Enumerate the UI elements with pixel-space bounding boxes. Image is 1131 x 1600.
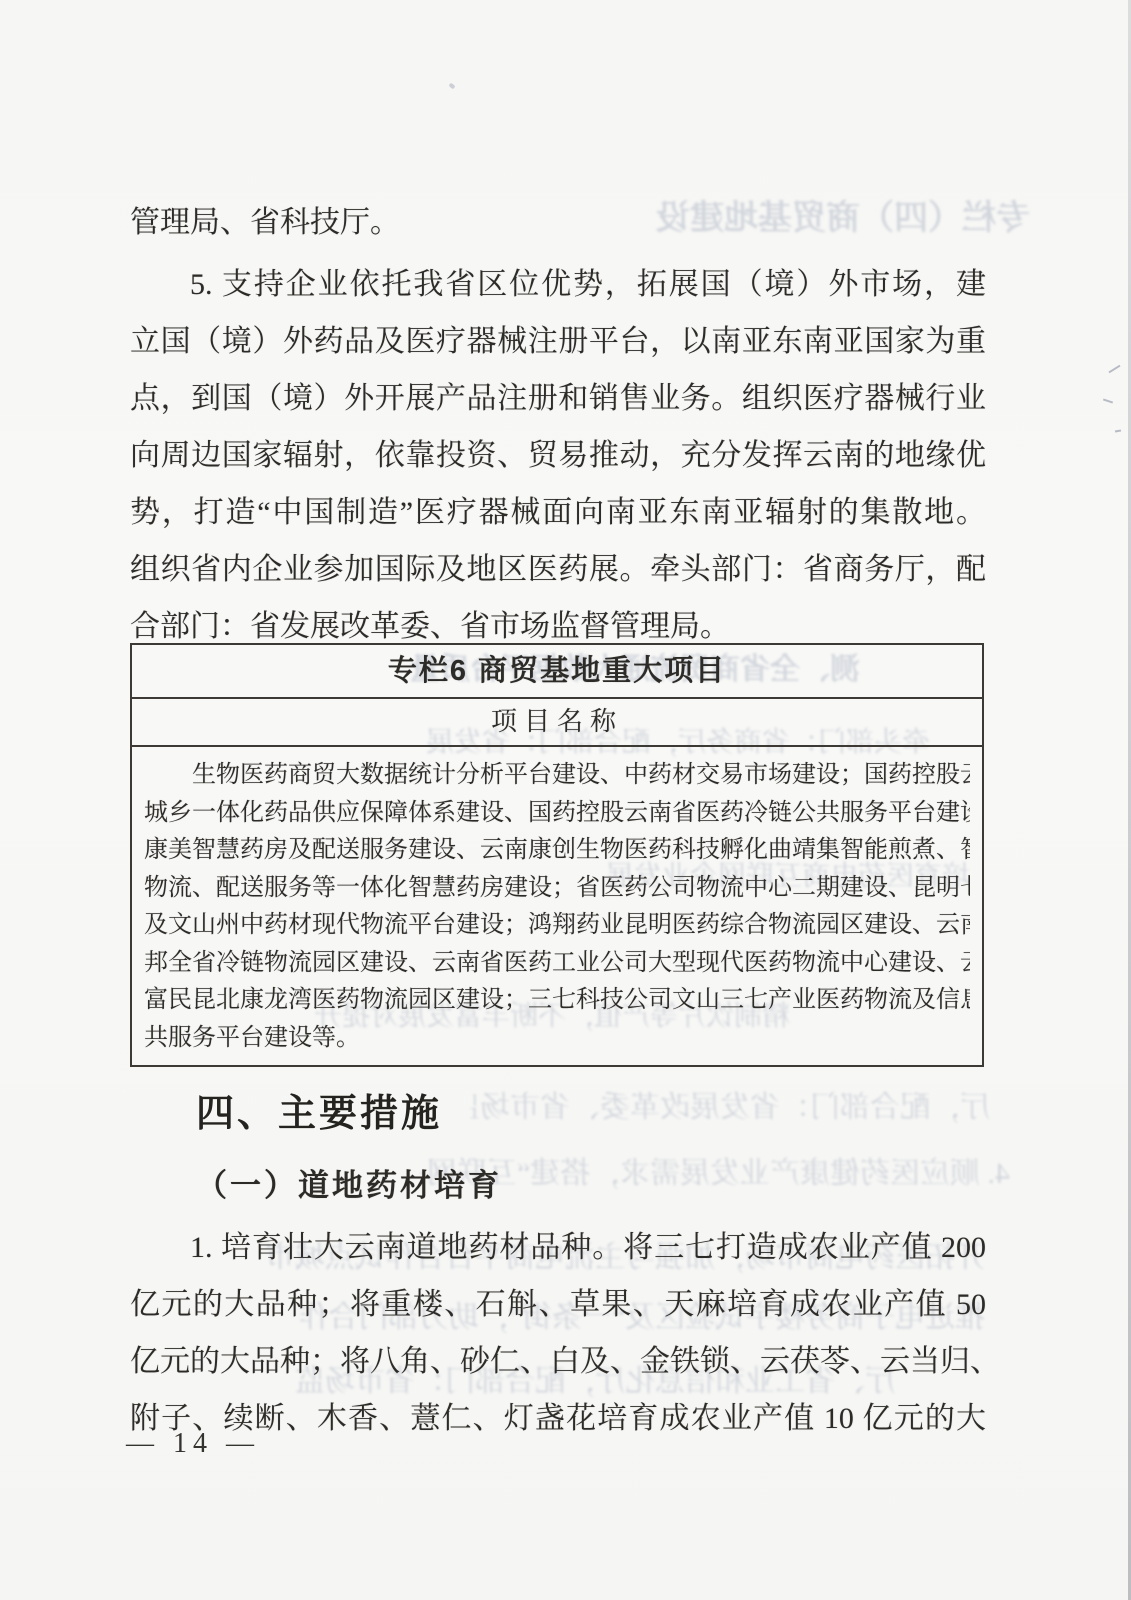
paragraph-line: 立国（境）外药品及医疗器械注册平台，以南亚东南亚国家为重	[130, 313, 986, 370]
paragraph-line: 势，打造“中国制造”医疗器械面向南亚东南亚辐射的集散地。	[130, 484, 986, 541]
paragraph-line: 亿元的大品种；将重楼、石斛、草果、天麻培育成农业产值 50	[130, 1276, 986, 1333]
table-body-line: 富民昆北康龙湾医药物流园区建设；三七科技公司文山三七产业医药物流及信息公	[144, 982, 970, 1020]
section-heading: 四、主要措施	[196, 1082, 442, 1137]
paragraph-item-5: 5. 支持企业依托我省区位优势，拓展国（境）外市场，建 立国（境）外药品及医疗器…	[130, 256, 986, 655]
paragraph-continuation: 管理局、省科技厅。	[130, 194, 986, 251]
paragraph-line: 亿元的大品种；将八角、砂仁、白及、金铁锁、云茯苓、云当归、	[130, 1333, 986, 1390]
pen-mark	[1108, 365, 1120, 374]
table-body-line: 邦全省冷链物流园区建设、云南省医药工业公司大型现代医药物流中心建设、云南	[144, 945, 970, 983]
table-title: 专栏6 商贸基地重大项目	[132, 645, 982, 699]
subsection-heading: （一）道地药材培育	[196, 1160, 502, 1205]
table-body-line: 物流、配送服务等一体化智慧药房建设；省医药公司物流中心二期建设、昆明七甸	[144, 870, 970, 908]
table-column-header: 项目名称	[132, 699, 982, 747]
project-table: 专栏6 商贸基地重大项目 项目名称 生物医药商贸大数据统计分析平台建设、中药材交…	[130, 643, 984, 1067]
paragraph-line: 管理局、省科技厅。	[130, 194, 986, 251]
table-body-line: 康美智慧药房及配送服务建设、云南康创生物医药科技孵化曲靖集智能煎煮、智能	[144, 832, 970, 870]
bleed-through-text: 厅，配合部门：省发展改革委、省市场监督管理局	[470, 1090, 990, 1126]
paragraph-line: 1. 培育壮大云南道地药材品种。将三七打造成农业产值 200	[130, 1219, 986, 1276]
paragraph-line: 组织省内企业参加国际及地区医药展。牵头部门：省商务厅，配	[130, 541, 986, 598]
paragraph-line: 向周边国家辐射，依靠投资、贸易推动，充分发挥云南的地缘优	[130, 427, 986, 484]
paragraph-line: 点，到国（境）外开展产品注册和销售业务。组织医疗器械行业	[130, 370, 986, 427]
table-body-line: 生物医药商贸大数据统计分析平台建设、中药材交易市场建设；国药控股云南	[144, 757, 970, 795]
table-body-line: 共服务平台建设等。	[144, 1020, 970, 1058]
table-body-line: 及文山州中药材现代物流平台建设；鸿翔药业昆明医药综合物流园区建设、云南昊	[144, 907, 970, 945]
table-body: 生物医药商贸大数据统计分析平台建设、中药材交易市场建设；国药控股云南 城乡一体化…	[132, 747, 982, 1065]
bleed-through-text: 4. 顺应医药健康产业发展需求，搭建“互联网+”商业模式	[420, 1156, 1010, 1192]
pen-mark	[1115, 429, 1121, 432]
pen-mark	[1103, 399, 1113, 404]
table-body-line: 城乡一体化药品供应保障体系建设、国药控股云南省医药冷链公共服务平台建设、	[144, 795, 970, 833]
paragraph-line: 5. 支持企业依托我省区位优势，拓展国（境）外市场，建	[130, 256, 986, 313]
ink-speck	[448, 83, 455, 90]
page-number: — 14 —	[126, 1428, 260, 1460]
paragraph-item-1: 1. 培育壮大云南道地药材品种。将三七打造成农业产值 200 亿元的大品种；将重…	[130, 1219, 986, 1447]
scanned-page: 专栏（四）商贸基地建设 测、全省商贸流通大数据平台质量 牵头部门：省商务厅，配合…	[0, 0, 1131, 1600]
